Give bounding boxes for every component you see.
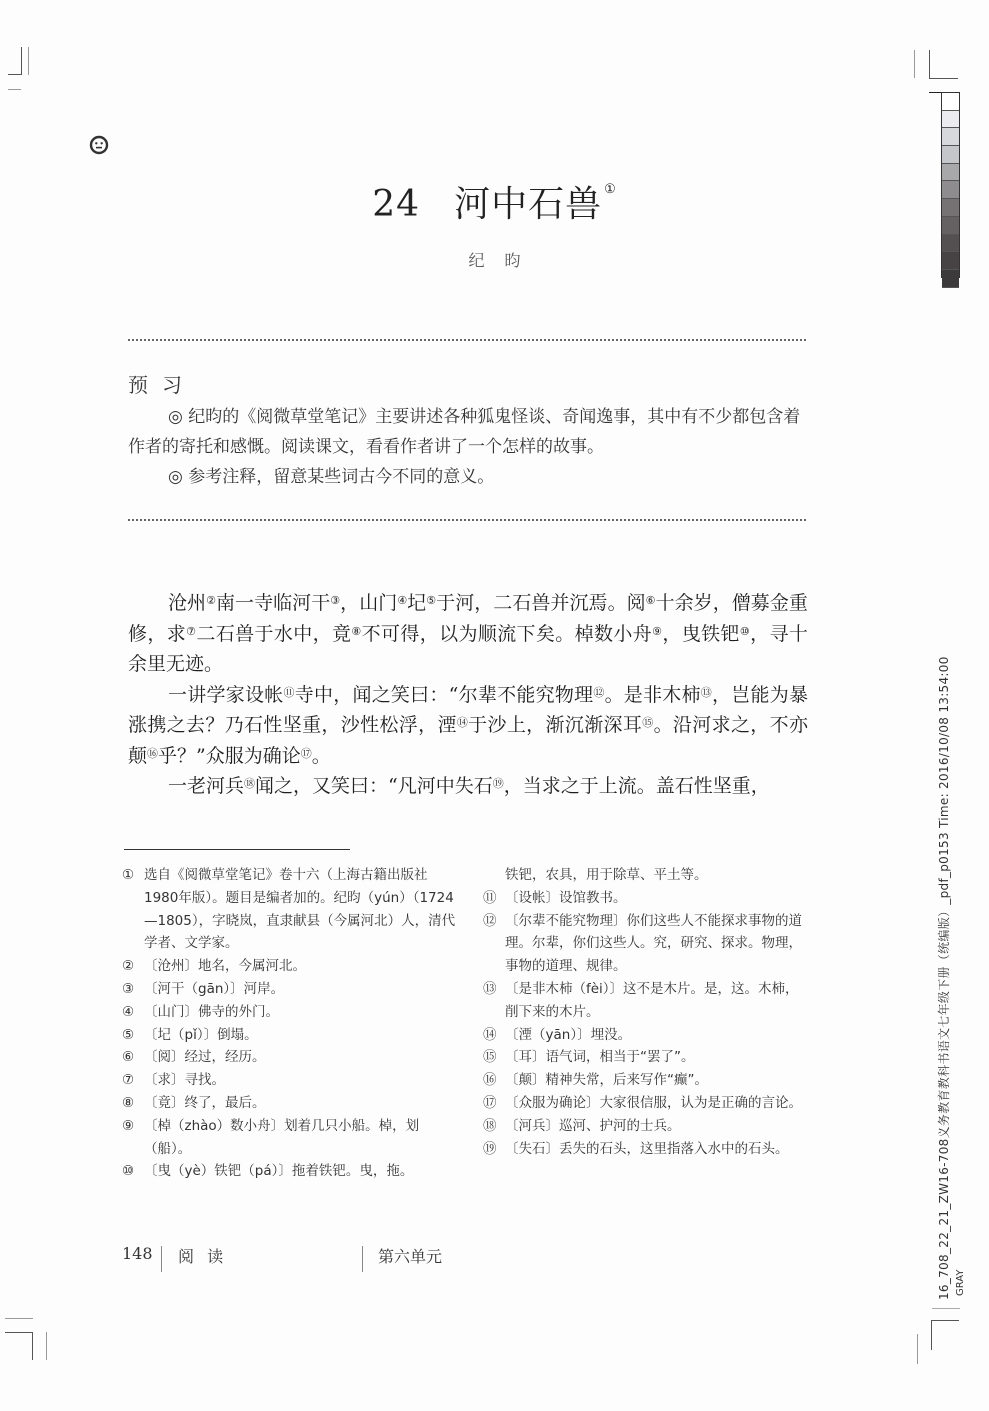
footnote-marker[interactable]: ⑯ xyxy=(147,747,158,760)
main-text: 沧州②南一寺临河干③，山门④圮⑤于河，二石兽并沉焉。阅⑥十余岁，僧募金重修，求⑦… xyxy=(128,588,808,802)
footnote-text: 〔尔辈不能究物理〕你们这些人不能探求事物的道理。尔辈，你们这些人。究，研究、探求… xyxy=(505,913,802,975)
footnote: ⑪〔设帐〕设馆教书。 xyxy=(483,887,808,910)
crop-mark xyxy=(21,47,22,75)
footnote-marker[interactable]: ⑩ xyxy=(740,625,750,638)
footnote-marker[interactable]: ⑱ xyxy=(244,777,255,790)
footer-unit: 第六单元 xyxy=(378,1244,442,1267)
footnote-number: ⑮ xyxy=(483,1046,505,1069)
footnote: ⑬〔是非木柿（fèi）〕这不是木片。是，这。木柿，削下来的木片。 xyxy=(483,978,808,1024)
footnote: ⑯〔颠〕精神失常，后来写作“癫”。 xyxy=(483,1069,808,1092)
footnote-number: ① xyxy=(122,864,144,887)
lesson-title-text: 河中石兽 xyxy=(454,184,602,225)
footnote-text: 〔河干（gān）〕河岸。 xyxy=(144,981,284,997)
footnote: ②〔沧州〕地名，今属河北。 xyxy=(122,955,457,978)
footnote: ⑩〔曳（yè）铁钯（pá）〕拖着铁钯。曳，拖。 xyxy=(122,1160,457,1183)
footnote-text: 〔曳（yè）铁钯（pá）〕拖着铁钯。曳，拖。 xyxy=(144,1163,413,1179)
footnote: ③〔河干（gān）〕河岸。 xyxy=(122,978,457,1001)
footnote: ④〔山门〕佛寺的外门。 xyxy=(122,1001,457,1024)
footnote-marker[interactable]: ⑮ xyxy=(642,716,653,729)
footnote-text: 〔失石〕丢失的石头，这里指落入水中的石头。 xyxy=(505,1141,789,1157)
grayscale-swatch xyxy=(942,146,959,164)
footnote: ⑲〔失石〕丢失的石头，这里指落入水中的石头。 xyxy=(483,1138,808,1161)
text-paragraph: 一讲学家设帐⑪寺中，闻之笑曰：“尔辈不能究物理⑫。是非木柿⑬，岂能为暴涨携之去？… xyxy=(128,680,808,772)
crop-mark xyxy=(8,74,22,75)
footnote-text: 〔沧州〕地名，今属河北。 xyxy=(144,958,306,974)
footnote-marker[interactable]: ⑰ xyxy=(301,747,312,760)
footnote-marker[interactable]: ⑥ xyxy=(646,594,656,607)
footer-separator xyxy=(161,1246,162,1272)
footnote-text: 〔圮（pǐ）〕倒塌。 xyxy=(144,1027,258,1043)
crop-mark xyxy=(28,47,29,75)
crop-mark xyxy=(5,1332,33,1333)
footnote-number: ④ xyxy=(122,1001,144,1024)
preview-item: ◎ 纪昀的《阅微草堂笔记》主要讲述各种狐鬼怪谈、奇闻逸事，其中有不少都包含着作者… xyxy=(128,402,808,462)
footnote-text: 〔竟〕终了，最后。 xyxy=(144,1095,266,1111)
footnote-number: ⑬ xyxy=(483,978,505,1001)
footnote-marker[interactable]: ③ xyxy=(330,594,340,607)
text-paragraph: 一老河兵⑱闻之，又笑曰：“凡河中失石⑲，当求之于上流。盖石性坚重， xyxy=(128,771,808,802)
footnote-marker[interactable]: ⑧ xyxy=(351,625,361,638)
footnote-marker: ① xyxy=(604,182,617,197)
footnote-number: ⑦ xyxy=(122,1069,144,1092)
footnote-number: ③ xyxy=(122,978,144,1001)
crop-mark xyxy=(5,1318,33,1319)
footnote: ①选自《阅微草堂笔记》卷十六（上海古籍出版社1980年版）。题目是编者加的。纪昀… xyxy=(122,864,457,955)
lesson-number: 24 xyxy=(372,184,420,225)
footnote-continuation: 铁钯，农具，用于除草、平土等。 xyxy=(483,864,808,887)
footnote-text: 〔设帐〕设馆教书。 xyxy=(505,890,627,906)
footnote-marker[interactable]: ⑲ xyxy=(493,777,504,790)
footnote-number: ⑥ xyxy=(122,1046,144,1069)
crop-mark xyxy=(46,1332,47,1360)
print-code: 16_708_22_21_ZW16-708义务教育教科书语文七年级下册（统编版）… xyxy=(930,640,960,1300)
footnote-text: 〔湮（yān）〕埋没。 xyxy=(505,1027,631,1043)
smiley-face-icon xyxy=(89,135,109,155)
footnote-number: ⑯ xyxy=(483,1069,505,1092)
footnote: ⑫〔尔辈不能究物理〕你们这些人不能探求事物的道理。尔辈，你们这些人。究，研究、探… xyxy=(483,910,808,978)
footer-separator xyxy=(362,1246,363,1272)
page-number: 148 xyxy=(122,1244,153,1263)
footnote-marker[interactable]: ② xyxy=(206,594,216,607)
divider xyxy=(128,519,806,521)
grayscale-swatch xyxy=(942,111,959,129)
crop-mark xyxy=(8,89,21,90)
color-mode-label: GRAY xyxy=(955,1270,966,1296)
footnote: ⑰〔众服为确论〕大家很信服，认为是正确的言论。 xyxy=(483,1092,808,1115)
footnote-text: 〔是非木柿（fèi）〕这不是木片。是，这。木柿，削下来的木片。 xyxy=(505,981,799,1020)
footnote-marker[interactable]: ⑪ xyxy=(283,686,294,699)
footnote: ⑥〔阅〕经过，经历。 xyxy=(122,1046,457,1069)
footnotes-right-column: 铁钯，农具，用于除草、平土等。 ⑪〔设帐〕设馆教书。⑫〔尔辈不能究物理〕你们这些… xyxy=(483,864,808,1160)
preview-heading: 预习 xyxy=(128,369,196,398)
crop-mark xyxy=(32,1332,33,1360)
crop-mark xyxy=(929,78,958,79)
footnote-text: 〔求〕寻找。 xyxy=(144,1072,225,1088)
preview-item: ◎ 参考注释，留意某些词古今不同的意义。 xyxy=(128,462,808,492)
footnote-number: ⑰ xyxy=(483,1092,505,1115)
footnote: ⑧〔竟〕终了，最后。 xyxy=(122,1092,457,1115)
footnote-text: 〔颠〕精神失常，后来写作“癫”。 xyxy=(505,1072,708,1088)
footnote-number: ⑨ xyxy=(122,1115,144,1138)
text-paragraph: 沧州②南一寺临河干③，山门④圮⑤于河，二石兽并沉焉。阅⑥十余岁，僧募金重修，求⑦… xyxy=(128,588,808,680)
footnote-text: 〔阅〕经过，经历。 xyxy=(144,1049,266,1065)
footnote-marker[interactable]: ⑬ xyxy=(701,686,712,699)
lesson-title: 24河中石兽① xyxy=(0,176,989,227)
footnote-number: ⑤ xyxy=(122,1024,144,1047)
crop-mark xyxy=(931,1320,959,1321)
footnote-rule xyxy=(124,849,350,850)
footnote-marker[interactable]: ⑭ xyxy=(457,716,468,729)
footnotes-left-column: ①选自《阅微草堂笔记》卷十六（上海古籍出版社1980年版）。题目是编者加的。纪昀… xyxy=(122,864,457,1183)
footnote-text: 〔棹（zhào）数小舟〕划着几只小船。棹，划（船）。 xyxy=(144,1118,419,1157)
footnote-number: ⑪ xyxy=(483,887,505,910)
footnote-text: 〔众服为确论〕大家很信服，认为是正确的言论。 xyxy=(505,1095,802,1111)
footnote-number: ⑭ xyxy=(483,1024,505,1047)
footnote-marker[interactable]: ⑫ xyxy=(593,686,604,699)
footnote: ⑤〔圮（pǐ）〕倒塌。 xyxy=(122,1024,457,1047)
footnote: ⑨〔棹（zhào）数小舟〕划着几只小船。棹，划（船）。 xyxy=(122,1115,457,1161)
footnote-number: ⑧ xyxy=(122,1092,144,1115)
footnote-number: ⑲ xyxy=(483,1138,505,1161)
footnote: ⑮〔耳〕语气词，相当于“罢了”。 xyxy=(483,1046,808,1069)
grayscale-swatch xyxy=(942,128,959,146)
footnote-number: ⑩ xyxy=(122,1160,144,1183)
footnote: ⑱〔河兵〕巡河、护河的士兵。 xyxy=(483,1115,808,1138)
footnote: ⑦〔求〕寻找。 xyxy=(122,1069,457,1092)
preview-text: ◎ 纪昀的《阅微草堂笔记》主要讲述各种狐鬼怪谈、奇闻逸事，其中有不少都包含着作者… xyxy=(128,402,808,492)
footnote-marker[interactable]: ⑨ xyxy=(652,625,662,638)
crop-mark xyxy=(914,50,915,78)
crop-mark xyxy=(931,1320,932,1350)
author-name: 纪昀 xyxy=(0,248,989,271)
grayscale-swatch xyxy=(942,93,959,111)
footnote-number: ② xyxy=(122,955,144,978)
footnote: ⑭〔湮（yān）〕埋没。 xyxy=(483,1024,808,1047)
print-code-text: 16_708_22_21_ZW16-708义务教育教科书语文七年级下册（统编版）… xyxy=(935,656,952,1300)
footnote-marker[interactable]: ④ xyxy=(397,594,407,607)
footnote-text: 〔河兵〕巡河、护河的士兵。 xyxy=(505,1118,681,1134)
footnote-text: 〔耳〕语气词，相当于“罢了”。 xyxy=(505,1049,695,1065)
footnote-text: 〔山门〕佛寺的外门。 xyxy=(144,1004,279,1020)
footnote-number: ⑱ xyxy=(483,1115,505,1138)
crop-mark xyxy=(932,1308,960,1309)
footer-section: 阅 读 xyxy=(178,1244,227,1267)
footnote-text: 选自《阅微草堂笔记》卷十六（上海古籍出版社1980年版）。题目是编者加的。纪昀（… xyxy=(144,867,455,951)
crop-mark xyxy=(917,1334,918,1364)
footnote-number: ⑫ xyxy=(483,910,505,933)
crop-mark xyxy=(929,50,930,79)
grayscale-swatch xyxy=(942,270,959,288)
divider xyxy=(128,339,806,341)
footnote-marker[interactable]: ⑤ xyxy=(426,594,436,607)
footnote-marker[interactable]: ⑦ xyxy=(186,625,196,638)
